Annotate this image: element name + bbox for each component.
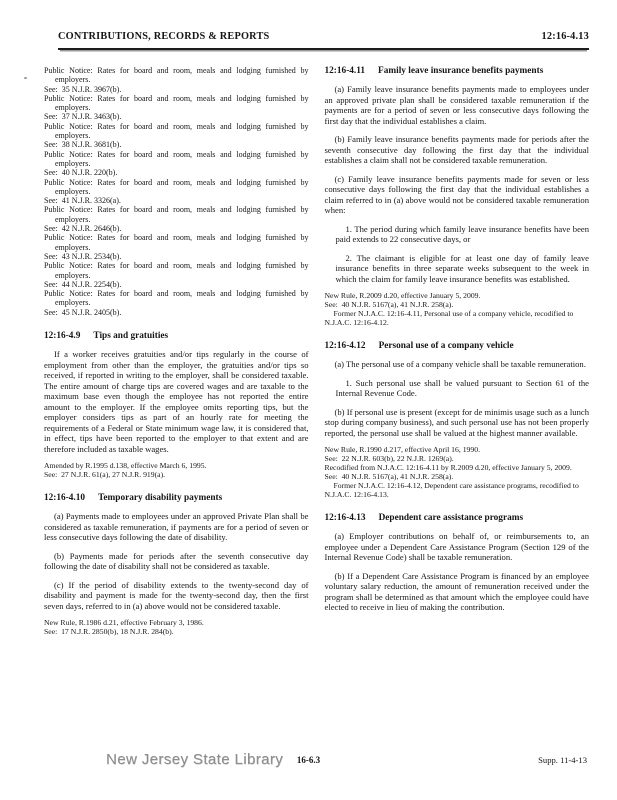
notice-citation: See: 43 N.J.R. 2534(b). — [44, 252, 309, 261]
section-4-10-paragraph-c: (c) If the period of disability extends … — [44, 580, 309, 612]
public-notice-item: Public Notice: Rates for board and room,… — [44, 122, 309, 150]
notice-citation: See: 40 N.J.R. 220(b). — [44, 168, 309, 177]
section-4-10-paragraph-b: (b) Payments made for periods after the … — [44, 551, 309, 572]
public-notice-list: Public Notice: Rates for board and room,… — [44, 66, 309, 317]
page-number: 16-6.3 — [0, 755, 617, 765]
public-notice-item: Public Notice: Rates for board and room,… — [44, 94, 309, 122]
supplement-date: Supp. 11-4-13 — [538, 755, 587, 765]
notice-text: Public Notice: Rates for board and room,… — [44, 178, 309, 197]
public-notice-item: Public Notice: Rates for board and room,… — [44, 289, 309, 317]
text-columns: Public Notice: Rates for board and room,… — [44, 66, 589, 636]
section-4-11-paragraph-c: (c) Family leave insurance benefits paym… — [325, 174, 590, 216]
section-4-13-paragraph-a: (a) Employer contributions on behalf of,… — [325, 531, 590, 563]
history-line: New Rule, R.1986 d.21, effective Februar… — [44, 618, 309, 627]
section-heading-12-16-4-12: 12:16-4.12Personal use of a company vehi… — [325, 341, 590, 351]
history-line: See: 40 N.J.R. 5167(a), 41 N.J.R. 258(a)… — [325, 472, 590, 481]
notice-citation: See: 38 N.J.R. 3681(b). — [44, 140, 309, 149]
section-4-11-paragraph-b: (b) Family leave insurance benefits paym… — [325, 134, 590, 166]
history-line: See: 27 N.J.R. 61(a), 27 N.J.R. 919(a). — [44, 470, 309, 479]
section-4-12-subparagraph-1: 1. Such personal use shall be valued pur… — [336, 378, 590, 399]
section-title: Tips and gratuities — [93, 331, 168, 341]
section-heading-12-16-4-9: 12:16-4.9Tips and gratuities — [44, 331, 309, 341]
section-number: 12:16-4.11 — [325, 66, 366, 76]
section-heading-12-16-4-11: 12:16-4.11Family leave insurance benefit… — [325, 66, 590, 76]
section-number: 12:16-4.13 — [325, 513, 366, 523]
section-4-13-paragraph-b: (b) If a Dependent Care Assistance Progr… — [325, 571, 590, 613]
section-4-11-subparagraph-2: 2. The claimant is eligible for at least… — [336, 253, 590, 285]
right-column: 12:16-4.11Family leave insurance benefit… — [325, 66, 590, 636]
section-number: 12:16-4.9 — [44, 331, 80, 341]
section-4-11-history: New Rule, R.2009 d.20, effective January… — [325, 291, 590, 327]
notice-text: Public Notice: Rates for board and room,… — [44, 205, 309, 224]
history-line: See: 22 N.J.R. 603(b), 22 N.J.R. 1269(a)… — [325, 454, 590, 463]
section-number: 12:16-4.10 — [44, 493, 85, 503]
history-line: Former N.J.A.C. 12:16-4.11, Personal use… — [325, 309, 590, 327]
notice-text: Public Notice: Rates for board and room,… — [44, 122, 309, 141]
notice-text: Public Notice: Rates for board and room,… — [44, 150, 309, 169]
history-line: Former N.J.A.C. 12:16-4.12, Dependent ca… — [325, 481, 590, 499]
notice-citation: See: 45 N.J.R. 2405(b). — [44, 308, 309, 317]
left-column: Public Notice: Rates for board and room,… — [44, 66, 309, 636]
public-notice-item: Public Notice: Rates for board and room,… — [44, 150, 309, 178]
public-notice-item: Public Notice: Rates for board and room,… — [44, 261, 309, 289]
section-4-12-history: New Rule, R.1990 d.217, effective April … — [325, 445, 590, 499]
section-4-10-history: New Rule, R.1986 d.21, effective Februar… — [44, 618, 309, 636]
history-line: Amended by R.1995 d.138, effective March… — [44, 461, 309, 470]
section-title: Family leave insurance benefits payments — [378, 66, 543, 76]
section-4-9-history: Amended by R.1995 d.138, effective March… — [44, 461, 309, 479]
notice-text: Public Notice: Rates for board and room,… — [44, 289, 309, 308]
notice-citation: See: 37 N.J.R. 3463(b). — [44, 112, 309, 121]
section-title: Dependent care assistance programs — [379, 513, 524, 523]
section-title: Personal use of a company vehicle — [379, 341, 514, 351]
history-line: New Rule, R.2009 d.20, effective January… — [325, 291, 590, 300]
history-line: See: 17 N.J.R. 2850(b), 18 N.J.R. 284(b)… — [44, 627, 309, 636]
section-4-11-paragraph-a: (a) Family leave insurance benefits paym… — [325, 84, 590, 126]
notice-citation: See: 42 N.J.R. 2646(b). — [44, 224, 309, 233]
notice-text: Public Notice: Rates for board and room,… — [44, 261, 309, 280]
notice-citation: See: 41 N.J.R. 3326(a). — [44, 196, 309, 205]
public-notice-item: Public Notice: Rates for board and room,… — [44, 66, 309, 94]
notice-text: Public Notice: Rates for board and room,… — [44, 233, 309, 252]
section-4-12-paragraph-a: (a) The personal use of a company vehicl… — [325, 359, 590, 370]
running-head-section-ref: 12:16-4.13 — [542, 31, 589, 42]
public-notice-item: Public Notice: Rates for board and room,… — [44, 233, 309, 261]
history-line: Recodified from N.J.A.C. 12:16-4.11 by R… — [325, 463, 590, 472]
section-4-12-paragraph-b: (b) If personal use is present (except f… — [325, 407, 590, 439]
running-head-title: CONTRIBUTIONS, RECORDS & REPORTS — [58, 31, 269, 42]
section-4-11-subparagraph-1: 1. The period during which family leave … — [336, 224, 590, 245]
section-heading-12-16-4-13: 12:16-4.13Dependent care assistance prog… — [325, 513, 590, 523]
page-header: CONTRIBUTIONS, RECORDS & REPORTS 12:16-4… — [58, 31, 589, 50]
section-4-9-body: If a worker receives gratuities and/or t… — [44, 349, 309, 454]
scan-artifact — [24, 77, 27, 79]
notice-citation: See: 35 N.J.R. 3967(b). — [44, 85, 309, 94]
notice-citation: See: 44 N.J.R. 2254(b). — [44, 280, 309, 289]
notice-text: Public Notice: Rates for board and room,… — [44, 66, 309, 85]
history-line: New Rule, R.1990 d.217, effective April … — [325, 445, 590, 454]
notice-text: Public Notice: Rates for board and room,… — [44, 94, 309, 113]
public-notice-item: Public Notice: Rates for board and room,… — [44, 178, 309, 206]
section-4-10-paragraph-a: (a) Payments made to employees under an … — [44, 511, 309, 543]
public-notice-item: Public Notice: Rates for board and room,… — [44, 205, 309, 233]
history-line: See: 40 N.J.R. 5167(a), 41 N.J.R. 258(a)… — [325, 300, 590, 309]
document-page: CONTRIBUTIONS, RECORDS & REPORTS 12:16-4… — [0, 0, 617, 800]
section-heading-12-16-4-10: 12:16-4.10Temporary disability payments — [44, 493, 309, 503]
section-title: Temporary disability payments — [98, 493, 222, 503]
section-number: 12:16-4.12 — [325, 341, 366, 351]
